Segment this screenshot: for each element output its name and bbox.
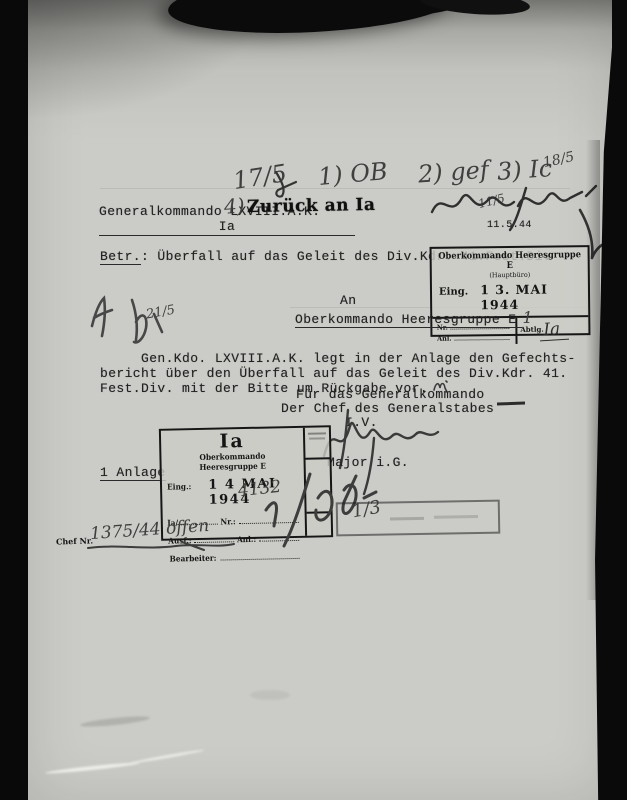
stamp1-eing-label: Eing. [439,286,468,297]
page-edge-shadow [586,140,600,600]
stamp1-abt-handwritten: Ia [539,319,569,342]
enclosure-note: 1 Anlage [100,465,166,481]
recipient-handwritten-suffix: 1 [522,308,532,327]
closing-line-1: Für das Generalkommando [281,388,494,402]
subject-separator: : [141,249,149,264]
scanned-document-page: Generalkommando LXVIII.A.K. Ia 4) Zurück… [0,0,627,800]
handwritten-routing-number: 4) [223,193,245,218]
subject-label: Betr. [100,249,141,265]
dotted-leader [454,331,509,341]
recipient-an: An [340,293,356,308]
illegible-stamp-text [390,517,424,521]
body-line-2: bericht über den Überfall auf das Geleit… [100,366,576,381]
body-line-1: Gen.Kdo. LXVIII.A.K. legt in der Anlage … [100,351,576,366]
margin-initials-scribble [88,292,188,354]
stamp2-eing-label: Eing.: [167,481,191,492]
recipient-block: Oberkommando Heeresgruppe E1 [295,308,533,328]
stamp2-side-cell [305,427,330,459]
scan-background-left [0,0,28,800]
smudge-mark [250,690,290,700]
handwriting-underline-flourish [86,540,236,554]
stamp1-anl-label: Anl. [437,334,451,343]
stamp1-title: Oberkommando Heeresgruppe E [438,250,582,272]
stamp2-dept: Ia [165,430,299,453]
recipient-name: Oberkommando Heeresgruppe E [295,312,522,328]
handwriting-flourish [272,168,298,198]
stamp2-bearbeiter-label: Bearbeiter: [169,553,216,564]
sender-department: Ia [99,219,355,236]
stamp2-nr-label: Nr.: [221,516,236,526]
illegible-stamp-text [434,515,478,519]
zurueck-an-ia-stamp: Zurück an Ia [247,195,376,217]
